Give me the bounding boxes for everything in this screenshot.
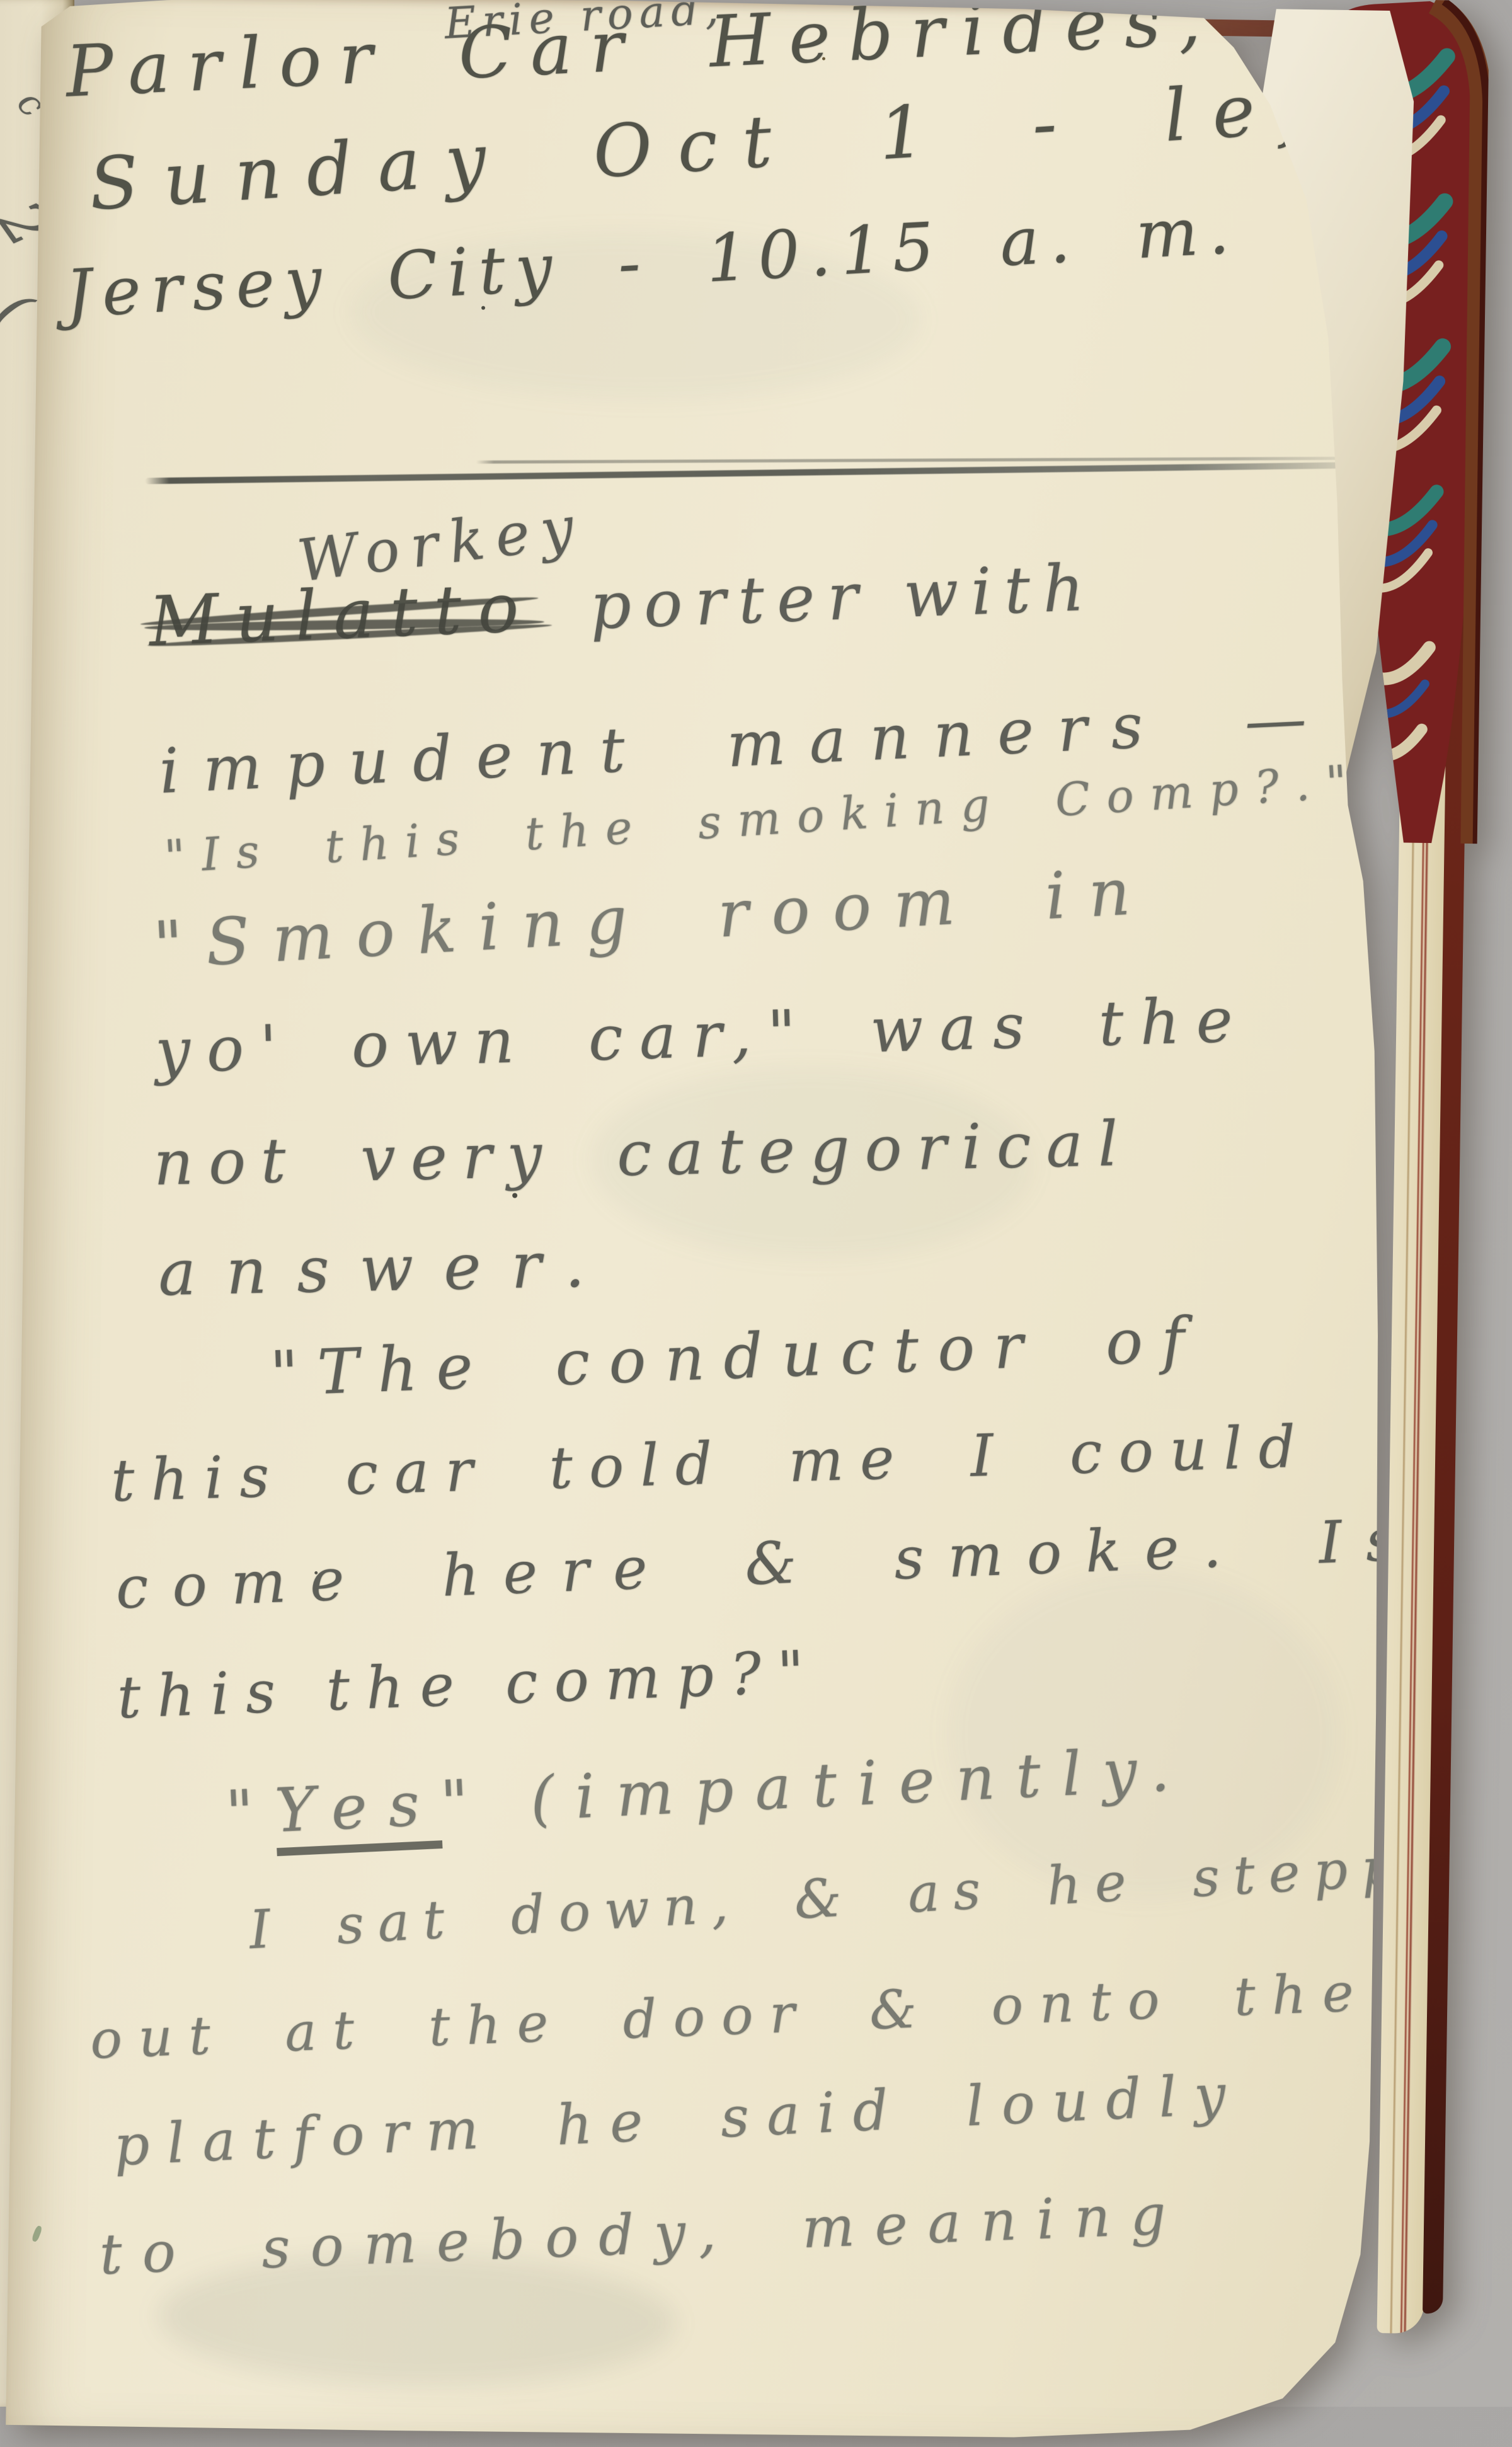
notebook-book: Erie road, Parlor Car Hebrides, Sunday O…	[0, 0, 1498, 2407]
handwriting-line-told-me: this car told me I could	[110, 1413, 1313, 1515]
handwriting-line-somebody: to somebody, meaning	[98, 2181, 1187, 2287]
struck-word-wrap: Mulatto	[147, 568, 536, 662]
quote-mark: "	[224, 1775, 277, 1848]
line-text: porter with	[588, 550, 1098, 644]
pencil-rule	[145, 462, 1351, 484]
paper-speck	[512, 1193, 517, 1198]
handwriting-line-out-door: out at the door & onto the	[89, 1961, 1371, 2071]
photographed-notebook-scene: c 2 (	[0, 0, 1512, 2407]
pencil-rule-faint	[476, 457, 1358, 464]
handwriting-line-this-the-comp: this the comp?"	[116, 1637, 822, 1731]
underlined-word-yes: Yes	[273, 1768, 443, 1856]
handwriting-line-porter: Workey Mulatto porter with	[147, 547, 1098, 661]
notebook-page: Erie road, Parlor Car Hebrides, Sunday O…	[6, 0, 1437, 2407]
handwriting-line-platform: platform he said loudly	[112, 2061, 1244, 2178]
handwriting-line-answer: answer.	[157, 1227, 616, 1310]
paper-speck	[31, 2225, 43, 2243]
handwriting-line-conductor: "The conductor of	[269, 1304, 1205, 1411]
handwriting-line-yo-own-car: yo' own car," was the	[154, 984, 1250, 1087]
handwriting-line-sat-down: I sat down, & as he stepped	[248, 1830, 1503, 1961]
